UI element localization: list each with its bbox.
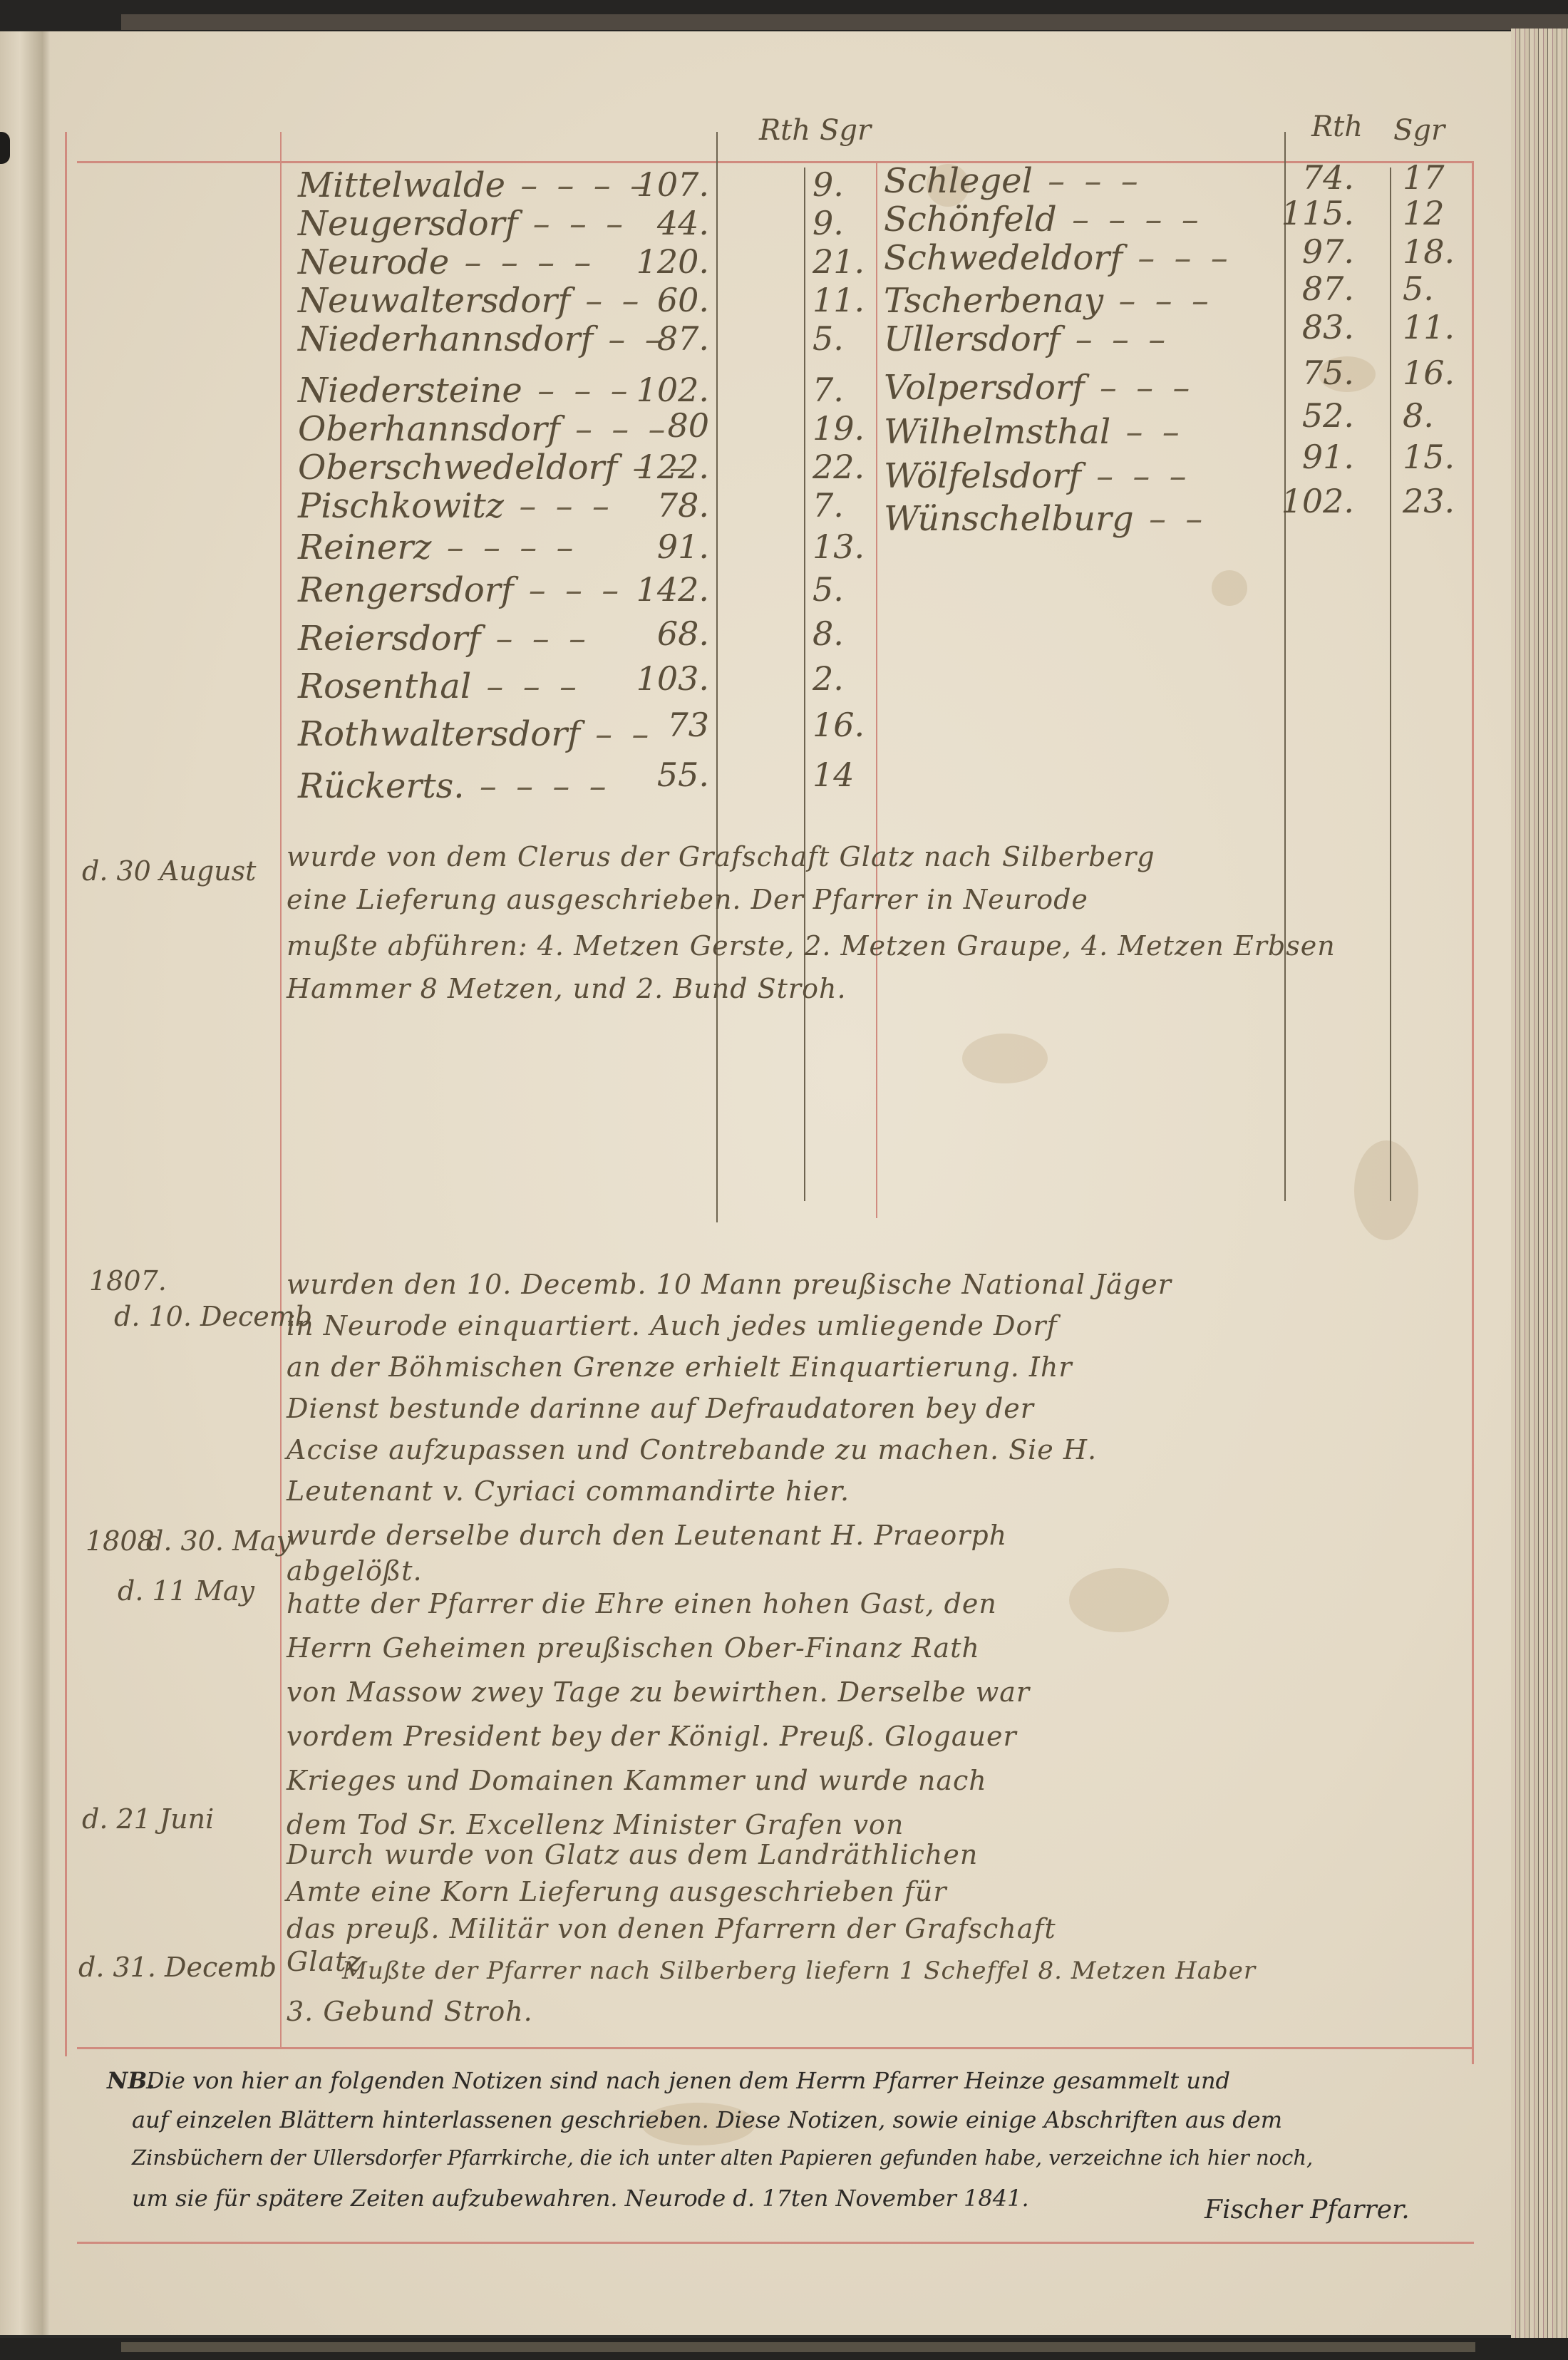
place-name: Pischkowitz – – – xyxy=(298,486,614,526)
place-name: Schönfeld – – – – xyxy=(884,200,1203,239)
entry-line: wurde von dem Clerus der Grafschaft Glat… xyxy=(287,841,1155,872)
sgr-value: 11. xyxy=(813,281,877,319)
entry-year: 1808 xyxy=(86,1525,155,1557)
entry-date: d. 11 May xyxy=(118,1575,254,1607)
rth-value: 120. xyxy=(631,242,709,281)
sgr-value: 16. xyxy=(1403,354,1467,392)
entry-date: d. 30 August xyxy=(82,855,256,887)
sgr-value: 9. xyxy=(813,165,877,204)
sgr-value: 19. xyxy=(813,409,877,448)
place-name: Neugersdorf – – – xyxy=(298,204,627,244)
rth-value: 102. xyxy=(631,371,709,409)
place-name: Rothwaltersdorf – – xyxy=(298,714,653,754)
entry-line: 3. Gebund Stroh. xyxy=(287,1996,533,2027)
sgr-value: 23. xyxy=(1403,482,1467,520)
footnote-line: Die von hier an folgenden Notizen sind n… xyxy=(146,2067,1230,2094)
place-name: Reinerz – – – – xyxy=(298,527,577,567)
rth-value: 87. xyxy=(631,319,709,358)
header-sgr-left: Sgr xyxy=(820,114,871,147)
rth-value: 78. xyxy=(631,486,709,525)
entry-line: Durch wurde von Glatz aus dem Landräthli… xyxy=(287,1839,978,1870)
top-rule xyxy=(77,161,1474,163)
page-stack-edge xyxy=(1511,29,1568,2338)
place-name: Neuwaltersdorf – – xyxy=(298,281,644,321)
sgr-value: 5. xyxy=(813,570,877,609)
sgr-value: 2. xyxy=(813,659,877,698)
sgr-value: 8. xyxy=(1403,396,1467,435)
entry-line: hatte der Pfarrer die Ehre einen hohen G… xyxy=(287,1588,997,1619)
place-name: Rosenthal – – – xyxy=(298,666,581,706)
place-name: Schlegel – – – xyxy=(884,161,1143,201)
place-name: Niederhannsdorf – – xyxy=(298,319,666,359)
footnote-line: Zinsbüchern der Ullersdorfer Pfarrkirche… xyxy=(132,2145,1313,2170)
place-name: Volpersdorf – – – xyxy=(884,368,1194,408)
rth-value: 73 xyxy=(631,706,709,744)
sgr-value: 5. xyxy=(813,319,877,358)
header-rth-right: Rth xyxy=(1311,110,1363,143)
entry-line: wurde derselbe durch den Leutenant H. Pr… xyxy=(287,1520,1007,1551)
sgr-value: 7. xyxy=(813,486,877,525)
sgr-value: 14 xyxy=(813,756,877,794)
entry-line: Hammer 8 Metzen, und 2. Bund Stroh. xyxy=(287,973,847,1004)
entry-year: 1807. xyxy=(89,1265,167,1297)
binding-clip xyxy=(0,132,10,164)
entry-line: Amte eine Korn Lieferung ausgeschrieben … xyxy=(287,1876,947,1907)
place-name: Rückerts. – – – – xyxy=(298,766,611,806)
rth-value: 103. xyxy=(631,659,709,698)
entry-line: das preuß. Militär von denen Pfarrern de… xyxy=(287,1913,1056,1944)
rth-value: 68. xyxy=(631,614,709,653)
book-gutter xyxy=(0,31,50,2335)
entry-line: abgelößt. xyxy=(287,1555,423,1587)
rth-value: 91. xyxy=(1276,438,1354,476)
place-name: Niedersteine – – – xyxy=(298,371,632,411)
sgr-value: 7. xyxy=(813,371,877,409)
left-rth-rule xyxy=(716,132,718,1222)
entry-date: d. 10. Decemb xyxy=(114,1301,312,1332)
place-name: Neurode – – – – xyxy=(298,242,595,282)
date-column-rule xyxy=(280,132,282,2049)
entry-date: d. 30. May xyxy=(146,1525,292,1557)
sgr-value: 17 xyxy=(1403,158,1467,197)
sgr-value: 13. xyxy=(813,527,877,566)
right-margin-rule xyxy=(1472,161,1474,2064)
entry-line: an der Böhmischen Grenze erhielt Einquar… xyxy=(287,1351,1073,1383)
rth-value: 44. xyxy=(631,204,709,242)
place-name: Wilhelmsthal – – xyxy=(884,412,1184,452)
place-name: Wölfelsdorf – – – xyxy=(884,456,1191,496)
sgr-value: 18. xyxy=(1403,232,1467,271)
footnote-line: um sie für spätere Zeiten aufzubewahren.… xyxy=(132,2185,1029,2212)
rth-value: 74. xyxy=(1276,158,1354,197)
entry-line: Krieges und Domainen Kammer und wurde na… xyxy=(287,1765,987,1796)
entry-line: eine Lieferung ausgeschrieben. Der Pfarr… xyxy=(287,884,1088,915)
left-margin-rule xyxy=(65,132,67,2056)
place-name: Rengersdorf – – – xyxy=(298,570,623,610)
entry-line: Herrn Geheimen preußischen Ober-Finanz R… xyxy=(287,1632,980,1664)
rth-value: 60. xyxy=(631,281,709,319)
rth-value: 107. xyxy=(631,165,709,204)
sgr-value: 15. xyxy=(1403,438,1467,476)
entry-date: d. 31. Decemb xyxy=(78,1952,277,1983)
entry-line: in Neurode einquartiert. Auch jedes umli… xyxy=(287,1310,1058,1341)
entry-line: mußte abführen: 4. Metzen Gerste, 2. Met… xyxy=(287,930,1336,962)
rth-value: 142. xyxy=(631,570,709,609)
entry-line: von Massow zwey Tage zu bewirthen. Derse… xyxy=(287,1676,1030,1708)
sgr-value: 16. xyxy=(813,706,877,744)
place-name: Mittelwalde – – – – xyxy=(298,165,651,205)
place-name: Oberhannsdorf – – – xyxy=(298,409,670,449)
header-sgr-right: Sgr xyxy=(1393,114,1445,147)
place-name: Tscherbenay – – – xyxy=(884,281,1213,321)
sgr-value: 5. xyxy=(1403,269,1467,308)
place-name: Wünschelburg – – xyxy=(884,499,1207,539)
rth-value: 97. xyxy=(1276,232,1354,271)
rth-value: 122. xyxy=(631,448,709,486)
rth-value: 52. xyxy=(1276,396,1354,435)
rth-value: 87. xyxy=(1276,269,1354,308)
footnote-signature: Fischer Pfarrer. xyxy=(1205,2195,1410,2225)
entry-line: vordem President bey der Königl. Preuß. … xyxy=(287,1721,1017,1752)
book-cover-bottom xyxy=(0,2338,1568,2360)
entry-line: dem Tod Sr. Excellenz Minister Grafen vo… xyxy=(287,1809,904,1840)
sgr-value: 8. xyxy=(813,614,877,653)
sgr-value: 11. xyxy=(1403,308,1467,346)
place-name: Reiersdorf – – – xyxy=(298,619,590,659)
entry-line: Accise aufzupassen und Contrebande zu ma… xyxy=(287,1434,1097,1465)
sgr-value: 22. xyxy=(813,448,877,486)
entry-date: d. 21 Juni xyxy=(82,1803,214,1835)
entry-line: Dienst bestunde darinne auf Defraudatore… xyxy=(287,1393,1034,1424)
entry-line: Mußte der Pfarrer nach Silberberg liefer… xyxy=(342,1957,1256,1985)
rth-value: 75. xyxy=(1276,354,1354,392)
header-rth-left: Rth xyxy=(759,114,810,147)
place-name: Schwedeldorf – – – xyxy=(884,238,1232,278)
rth-value: 83. xyxy=(1276,308,1354,346)
rth-value: 91. xyxy=(631,527,709,566)
rth-value: 102. xyxy=(1276,482,1354,520)
sgr-value: 21. xyxy=(813,242,877,281)
rth-value: 115. xyxy=(1276,194,1354,232)
entry-line: wurden den 10. Decemb. 10 Mann preußisch… xyxy=(287,1269,1172,1300)
book-cover-top xyxy=(0,0,1568,32)
left-sgr-rule xyxy=(804,168,805,1201)
footnote-line: auf einzelen Blättern hinterlassenen ges… xyxy=(132,2106,1282,2133)
sgr-value: 9. xyxy=(813,204,877,242)
sgr-value: 12 xyxy=(1403,194,1467,232)
entry-line: Leutenant v. Cyriaci commandirte hier. xyxy=(287,1475,850,1507)
rth-value: 80 xyxy=(631,406,709,445)
footnote-bottom-rule xyxy=(77,2242,1474,2244)
place-name: Ullersdorf – – – xyxy=(884,319,1170,359)
rth-value: 55. xyxy=(631,756,709,794)
right-sgr-rule xyxy=(1390,168,1391,1201)
footnote-top-rule xyxy=(77,2047,1474,2049)
